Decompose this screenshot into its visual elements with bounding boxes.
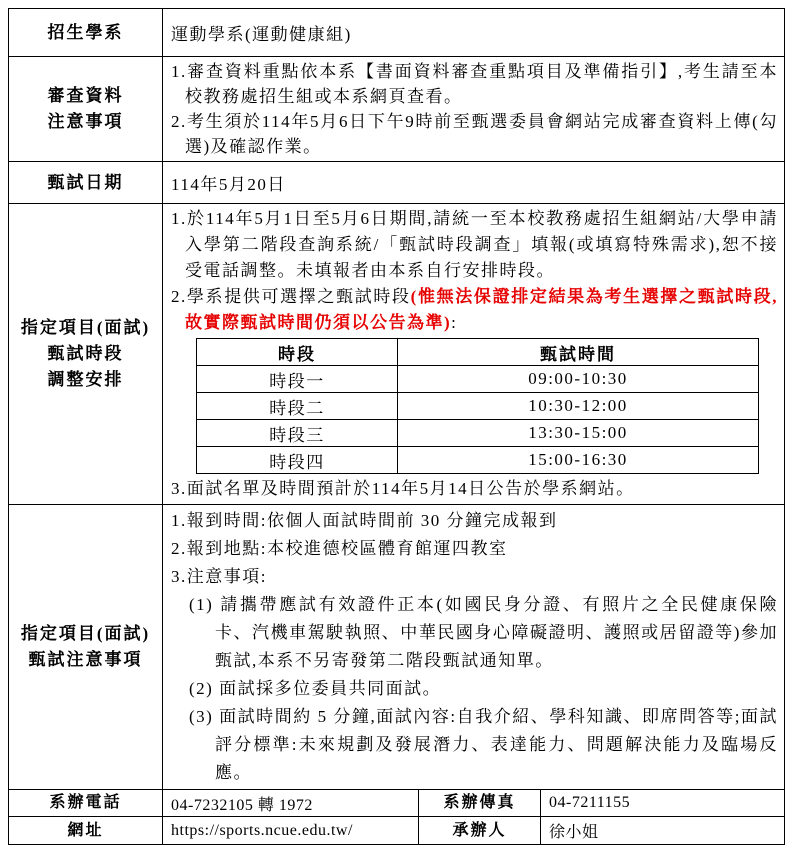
slots-row-1: 時段一 09:00-10:30	[197, 366, 759, 393]
fax-value: 04-7211155	[541, 790, 785, 817]
review-label-line2: 注意事項	[11, 109, 160, 135]
interview-notes-label: 指定項目(面試) 甄試注意事項	[9, 505, 163, 790]
interview-notes-label-line1: 指定項目(面試)	[11, 621, 160, 647]
fax-label: 系辦傳真	[419, 790, 541, 817]
schedule-label: 指定項目(面試) 甄試時段 調整安排	[9, 204, 163, 505]
schedule-content: 1.於114年5月1日至5月6日期間,請統一至本校教務處招生組網站/大學申請入學…	[163, 204, 785, 505]
notes-item-3: 3.注意事項:	[171, 563, 778, 591]
notes-item-1: 1.報到時間:依個人面試時間前 30 分鐘完成報到	[171, 507, 778, 535]
schedule-label-line3: 調整安排	[11, 367, 160, 393]
row-interview-notes: 指定項目(面試) 甄試注意事項 1.報到時間:依個人面試時間前 30 分鐘完成報…	[9, 505, 785, 790]
slot-4-name: 時段四	[197, 447, 398, 474]
admission-info-table: 招生學系 運動學系(運動健康組) 審查資料 注意事項 1.審查資料重點依本系【書…	[8, 8, 785, 845]
review-item-1: 1.審查資料重點依本系【書面資料審查重點項目及準備指引】,考生請至本校教務處招生…	[171, 59, 778, 109]
slot-2-time: 10:30-12:00	[398, 393, 759, 420]
phone-value: 04-7232105 轉 1972	[163, 790, 419, 817]
slot-4-time: 15:00-16:30	[398, 447, 759, 474]
slots-header-slot: 時段	[197, 339, 398, 366]
admission-info-page: 招生學系 運動學系(運動健康組) 審查資料 注意事項 1.審查資料重點依本系【書…	[0, 0, 792, 839]
notes-item-2: 2.報到地點:本校進德校區體育館運四教室	[171, 535, 778, 563]
notes-subitem-1: (1) 請攜帶應試有效證件正本(如國民身分證、有照片之全民健康保險卡、汽機車駕駛…	[189, 591, 778, 675]
slot-3-time: 13:30-15:00	[398, 420, 759, 447]
slot-1-time: 09:00-10:30	[398, 366, 759, 393]
slot-2-name: 時段二	[197, 393, 398, 420]
slots-header-row: 時段 甄試時間	[197, 339, 759, 366]
url-label: 網址	[9, 817, 163, 845]
review-label: 審查資料 注意事項	[9, 57, 163, 162]
row-contact-phone: 系辦電話 04-7232105 轉 1972 系辦傳真 04-7211155	[9, 790, 785, 817]
url-value: https://sports.ncue.edu.tw/	[163, 817, 419, 845]
notes-subitem-2: (2) 面試採多位委員共同面試。	[189, 675, 778, 703]
schedule-item-2-prefix: 2.學系提供可選擇之甄試時段	[171, 287, 411, 306]
interview-notes-content: 1.報到時間:依個人面試時間前 30 分鐘完成報到 2.報到地點:本校進德校區體…	[163, 505, 785, 790]
phone-label: 系辦電話	[9, 790, 163, 817]
review-label-line1: 審查資料	[11, 83, 160, 109]
person-label: 承辦人	[419, 817, 541, 845]
row-schedule: 指定項目(面試) 甄試時段 調整安排 1.於114年5月1日至5月6日期間,請統…	[9, 204, 785, 505]
exam-date-value: 114年5月20日	[163, 162, 785, 204]
row-contact-url: 網址 https://sports.ncue.edu.tw/ 承辦人 徐小姐	[9, 817, 785, 845]
review-content: 1.審查資料重點依本系【書面資料審查重點項目及準備指引】,考生請至本校教務處招生…	[163, 57, 785, 162]
schedule-label-line1: 指定項目(面試)	[11, 315, 160, 341]
schedule-item-3: 3.面試名單及時間預計於114年5月14日公告於學系網站。	[171, 476, 778, 502]
exam-slots-table: 時段 甄試時間 時段一 09:00-10:30 時段二 10:30-12:00 …	[196, 338, 759, 474]
row-exam-date: 甄試日期 114年5月20日	[9, 162, 785, 204]
slots-row-3: 時段三 13:30-15:00	[197, 420, 759, 447]
slots-row-4: 時段四 15:00-16:30	[197, 447, 759, 474]
schedule-item-1: 1.於114年5月1日至5月6日期間,請統一至本校教務處招生組網站/大學申請入學…	[171, 206, 778, 284]
row-department: 招生學系 運動學系(運動健康組)	[9, 9, 785, 57]
slot-3-name: 時段三	[197, 420, 398, 447]
schedule-label-line2: 甄試時段	[11, 341, 160, 367]
slot-1-name: 時段一	[197, 366, 398, 393]
exam-date-label: 甄試日期	[9, 162, 163, 204]
schedule-item-2-suffix: :	[451, 313, 457, 332]
person-value: 徐小姐	[541, 817, 785, 845]
department-label: 招生學系	[9, 9, 163, 57]
slots-row-2: 時段二 10:30-12:00	[197, 393, 759, 420]
notes-subitem-3: (3) 面試時間約 5 分鐘,面試內容:自我介紹、學科知識、即席問答等;面試評分…	[189, 703, 778, 787]
interview-notes-label-line2: 甄試注意事項	[11, 647, 160, 673]
review-item-2: 2.考生須於114年5月6日下午9時前至甄選委員會網站完成審查資料上傳(勾選)及…	[171, 109, 778, 159]
department-value: 運動學系(運動健康組)	[163, 9, 785, 57]
schedule-item-2: 2.學系提供可選擇之甄試時段(惟無法保證排定結果為考生選擇之甄試時段,故實際甄試…	[171, 284, 778, 336]
row-review-notes: 審查資料 注意事項 1.審查資料重點依本系【書面資料審查重點項目及準備指引】,考…	[9, 57, 785, 162]
slots-header-time: 甄試時間	[398, 339, 759, 366]
